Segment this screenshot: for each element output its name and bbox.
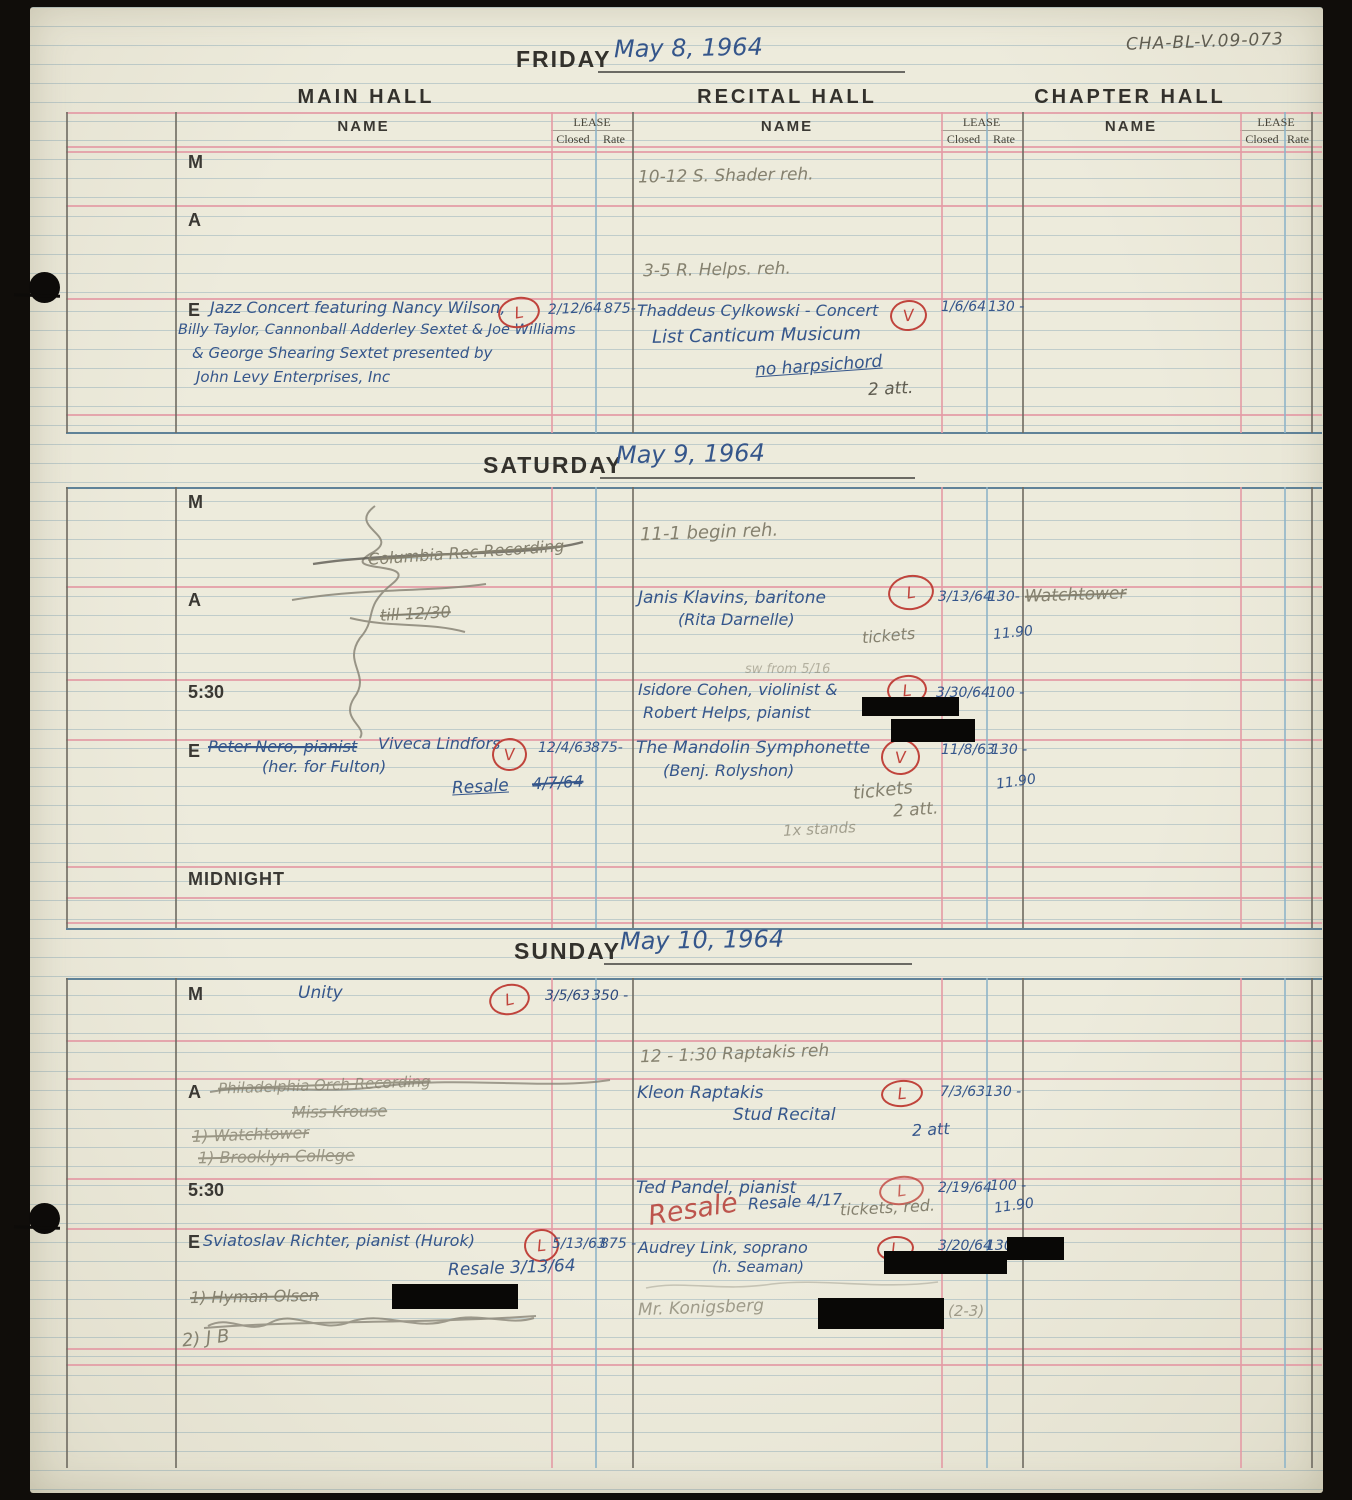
row-label-a: A [188, 590, 201, 611]
ruled-line [175, 112, 177, 433]
ruled-line [66, 414, 1322, 416]
entry-name: Unity [298, 985, 343, 1003]
entry-name: Janis Klavins, baritone [638, 590, 826, 608]
pencil-scribble-text: till 12/30 [380, 604, 452, 624]
ruled-line [941, 978, 943, 1468]
row-label-midnight: MIDNIGHT [188, 869, 285, 890]
lease-closed-date: 12/4/63 [538, 741, 592, 756]
entry-name: Isidore Cohen, violinist & [638, 682, 838, 699]
lease-closed-date: 1/6/64 [941, 300, 986, 315]
row-label-a: A [188, 1082, 201, 1103]
entry-note: 2 att. [868, 380, 914, 400]
ruled-line [1240, 978, 1242, 1468]
ruled-line [66, 1364, 1322, 1366]
ruled-line [66, 978, 1322, 980]
lease-closed-date: 3/13/64 [938, 590, 992, 605]
hall-title-main: MAIN HALL [176, 86, 556, 109]
pencil-scribble-text: Watchtower [1025, 585, 1127, 606]
ruled-line [632, 978, 634, 1468]
ruled-line [175, 978, 177, 1468]
lease-rate: 130 - [991, 743, 1027, 758]
redaction-bar [818, 1298, 944, 1329]
ruled-line [66, 1228, 1322, 1230]
entry-note: (her. for Fulton) [262, 759, 386, 776]
entry-note: 2 att. [892, 800, 939, 821]
ruled-line [66, 487, 1322, 489]
row-label-a: A [188, 210, 201, 231]
lease-rate: 350 - [592, 989, 628, 1004]
lease-header-main: LEASE [551, 115, 633, 130]
date-sunday: May 10, 1964 [620, 927, 785, 955]
lease-header-recital: LEASE [941, 115, 1022, 130]
row-label-530: 5:30 [188, 1180, 224, 1201]
entry-name-struck: Peter Nero, pianist [208, 739, 357, 756]
redaction-bar [392, 1284, 518, 1309]
row-label-e: E [188, 1232, 200, 1253]
ruled-line [632, 487, 634, 928]
pencil-scribble [200, 1308, 540, 1344]
row-label-m: M [188, 984, 203, 1005]
date-friday: May 8, 1964 [614, 35, 763, 63]
ruled-line [66, 866, 1322, 868]
row-label-m: M [188, 152, 203, 173]
redaction-bar [884, 1251, 1007, 1274]
ruled-line [66, 487, 68, 928]
ruled-line [1240, 112, 1242, 433]
ruled-line [1022, 978, 1024, 1468]
ruled-line [595, 112, 597, 433]
ruled-line [632, 112, 634, 433]
lease-closed-date: 2/12/64 [548, 301, 602, 318]
ruled-line [986, 112, 988, 433]
lease-rate: 100 - [988, 686, 1024, 701]
pencil-scribble-text: 1) Hyman Olsen [190, 1288, 319, 1307]
lease-closed-date: 3/5/63 [545, 989, 590, 1004]
ruled-line [175, 487, 177, 928]
ruled-line [66, 146, 1322, 148]
lease-closed-date: 7/3/63 [940, 1085, 985, 1100]
entry-note: (Rita Darnelle) [678, 612, 795, 629]
row-label-m: M [188, 492, 203, 513]
rate-header-main: Rate [595, 132, 633, 147]
name-header-chapter: NAME [1022, 118, 1240, 135]
ruled-line [986, 487, 988, 928]
row-label-530: 5:30 [188, 682, 224, 703]
entry-name: & George Shearing Sextet presented by [192, 346, 492, 362]
row-label-e: E [188, 300, 200, 321]
ruled-line [1311, 978, 1313, 1468]
lease-closed-date: 11/8/63 [941, 743, 995, 758]
ruled-line [66, 112, 68, 433]
lease-header-chapter: LEASE [1240, 115, 1312, 130]
entry-resale: Resale [452, 778, 510, 799]
ledger-scan: CHA-BL-V.09-073 FRIDAY May 8, 1964 MAIN … [0, 0, 1352, 1500]
ruled-line [66, 205, 1322, 207]
rate-header-chapter: Rate [1284, 132, 1312, 147]
entry-name: Audrey Link, soprano [638, 1240, 808, 1257]
entry-resale-date: 4/7/64 [532, 774, 584, 793]
redaction-bar [1007, 1237, 1064, 1260]
lease-closed-date: 2/19/64 [938, 1181, 992, 1196]
entry-note: (Benj. Rolyshon) [663, 763, 794, 780]
ruled-line [1284, 112, 1286, 433]
ruled-line [66, 432, 1322, 434]
entry-name: Robert Helps, pianist [643, 705, 810, 722]
ruled-line [1311, 487, 1313, 928]
lease-rate: 875 - [600, 1237, 636, 1252]
ruled-line [66, 922, 1322, 924]
entry-name: The Mandolin Symphonette [636, 740, 870, 758]
lease-rate: 130 - [988, 300, 1024, 315]
ruled-line [551, 978, 553, 1468]
day-title-sunday: SUNDAY [514, 938, 621, 965]
entry-name: Kleon Raptakis [637, 1085, 763, 1103]
entry-name: Jazz Concert featuring Nancy Wilson, [210, 300, 506, 317]
ruled-line [604, 963, 912, 965]
entry-name: Thaddeus Cylkowski - Concert [637, 303, 878, 320]
entry-name: Sviatoslav Richter, pianist (Hurok) [203, 1233, 475, 1250]
hall-title-recital: RECITAL HALL [633, 86, 941, 109]
hole-punch [29, 272, 60, 303]
lease-rate: 875- [591, 741, 623, 756]
closed-header-recital: Closed [941, 132, 986, 147]
ruled-line [1311, 112, 1313, 433]
ruled-line [595, 487, 597, 928]
entry-name: John Levy Enterprises, Inc [196, 370, 390, 386]
ruled-line [66, 1040, 1322, 1042]
ruled-line [551, 112, 553, 433]
ruled-line [595, 978, 597, 1468]
entry-note: 10-12 S. Shader reh. [638, 166, 814, 187]
entry-note: sw from 5/16 [745, 663, 830, 677]
closed-header-chapter: Closed [1240, 132, 1284, 147]
date-saturday: May 9, 1964 [616, 441, 765, 469]
ruled-line [66, 151, 1322, 153]
redaction-bar [862, 697, 959, 716]
pencil-scribble-text: 1) Brooklyn College [198, 1148, 355, 1168]
lease-rate: 100 - [990, 1179, 1026, 1194]
ruled-line [1240, 487, 1242, 928]
ruled-line [941, 112, 943, 433]
ruled-line [600, 477, 915, 479]
ruled-line [1284, 978, 1286, 1468]
ruled-line [66, 978, 68, 1468]
ruled-line [1284, 487, 1286, 928]
entry-name: Viveca Lindfors [378, 736, 500, 753]
ruled-line [986, 978, 988, 1468]
lease-closed-date: 5/13/63 [552, 1237, 606, 1252]
entry-note: (h. Seaman) [712, 1260, 804, 1276]
day-title-saturday: SATURDAY [483, 452, 623, 479]
entry-note: List Canticum Musicum [652, 325, 861, 348]
entry-note: Stud Recital [733, 1107, 836, 1125]
ruled-line [551, 130, 633, 131]
ruled-line [1240, 130, 1312, 131]
lease-rate: 130 - [985, 1085, 1021, 1100]
closed-header-main: Closed [551, 132, 595, 147]
ruled-line [66, 897, 1322, 899]
redaction-bar [891, 719, 975, 742]
pencil-scribble-text: (2-3) [948, 1304, 984, 1320]
name-header-main: NAME [176, 118, 551, 135]
lease-rate: 130- [988, 590, 1020, 605]
row-label-e: E [188, 741, 200, 762]
rate-header-recital: Rate [986, 132, 1022, 147]
entry-note: 3-5 R. Helps. reh. [643, 261, 791, 281]
lease-rate: 875- [604, 302, 636, 317]
entry-note: 2 att [912, 1121, 950, 1140]
pencil-scribble [642, 1276, 942, 1296]
pencil-scribble-text: Miss Krouse [292, 1103, 387, 1121]
ruled-line [66, 1348, 1322, 1350]
ruled-line [941, 130, 1022, 131]
hall-title-chapter: CHAPTER HALL [1010, 86, 1250, 109]
ruled-line [1022, 487, 1024, 928]
name-header-recital: NAME [633, 118, 941, 135]
ruled-line [1022, 112, 1024, 433]
ruled-line [598, 71, 905, 73]
ruled-line [66, 112, 1322, 114]
day-title-friday: FRIDAY [516, 46, 612, 73]
